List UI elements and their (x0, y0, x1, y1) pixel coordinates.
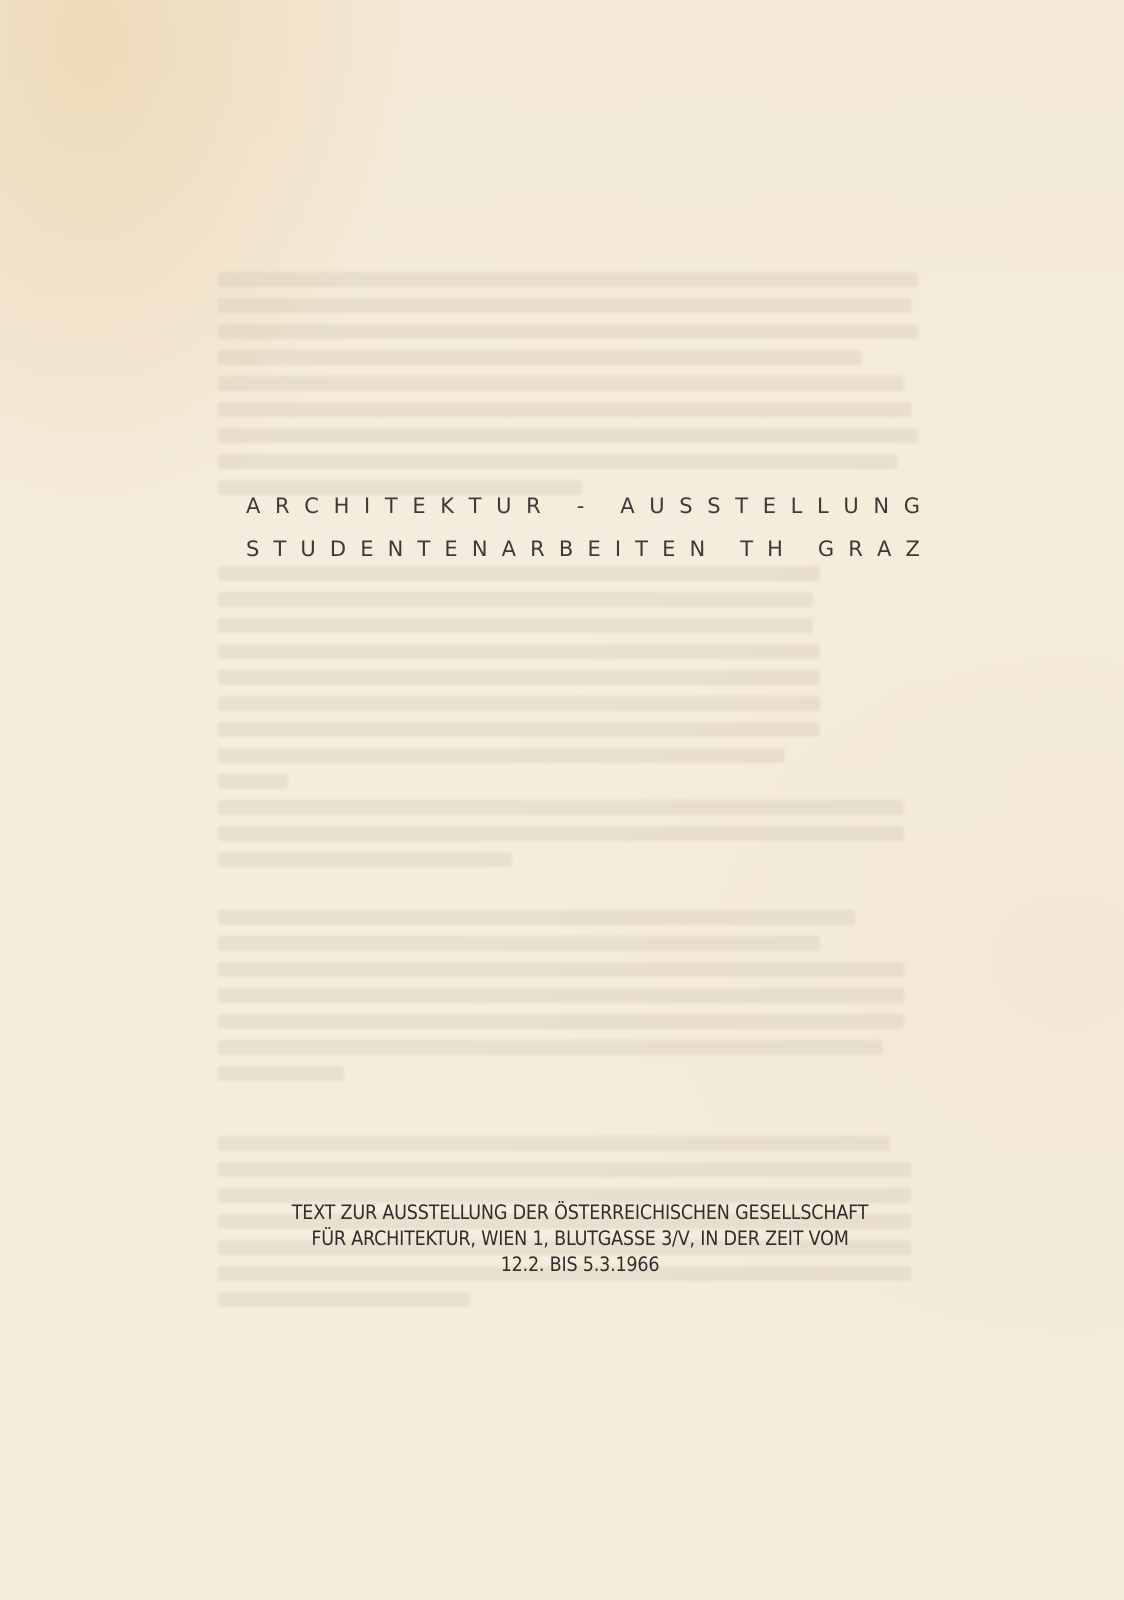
exhibition-note: TEXT ZUR AUSSTELLUNG DER ÖSTERREICHISCHE… (240, 1200, 920, 1278)
title-line-2: STUDENTENARBEITEN TH GRAZ (246, 537, 920, 561)
show-through-block-2 (218, 566, 918, 878)
title-line-1: ARCHITEKTUR - AUSSTELLUNG (246, 494, 920, 518)
exhibition-note-line-2: FÜR ARCHITEKTUR, WIEN 1, BLUTGASSE 3/V, … (240, 1226, 920, 1252)
exhibition-note-dates: 12.2. BIS 5.3.1966 (240, 1252, 920, 1278)
show-through-block-3 (218, 910, 918, 1092)
exhibition-note-line-1: TEXT ZUR AUSSTELLUNG DER ÖSTERREICHISCHE… (240, 1200, 920, 1226)
show-through-block-1 (218, 272, 918, 506)
